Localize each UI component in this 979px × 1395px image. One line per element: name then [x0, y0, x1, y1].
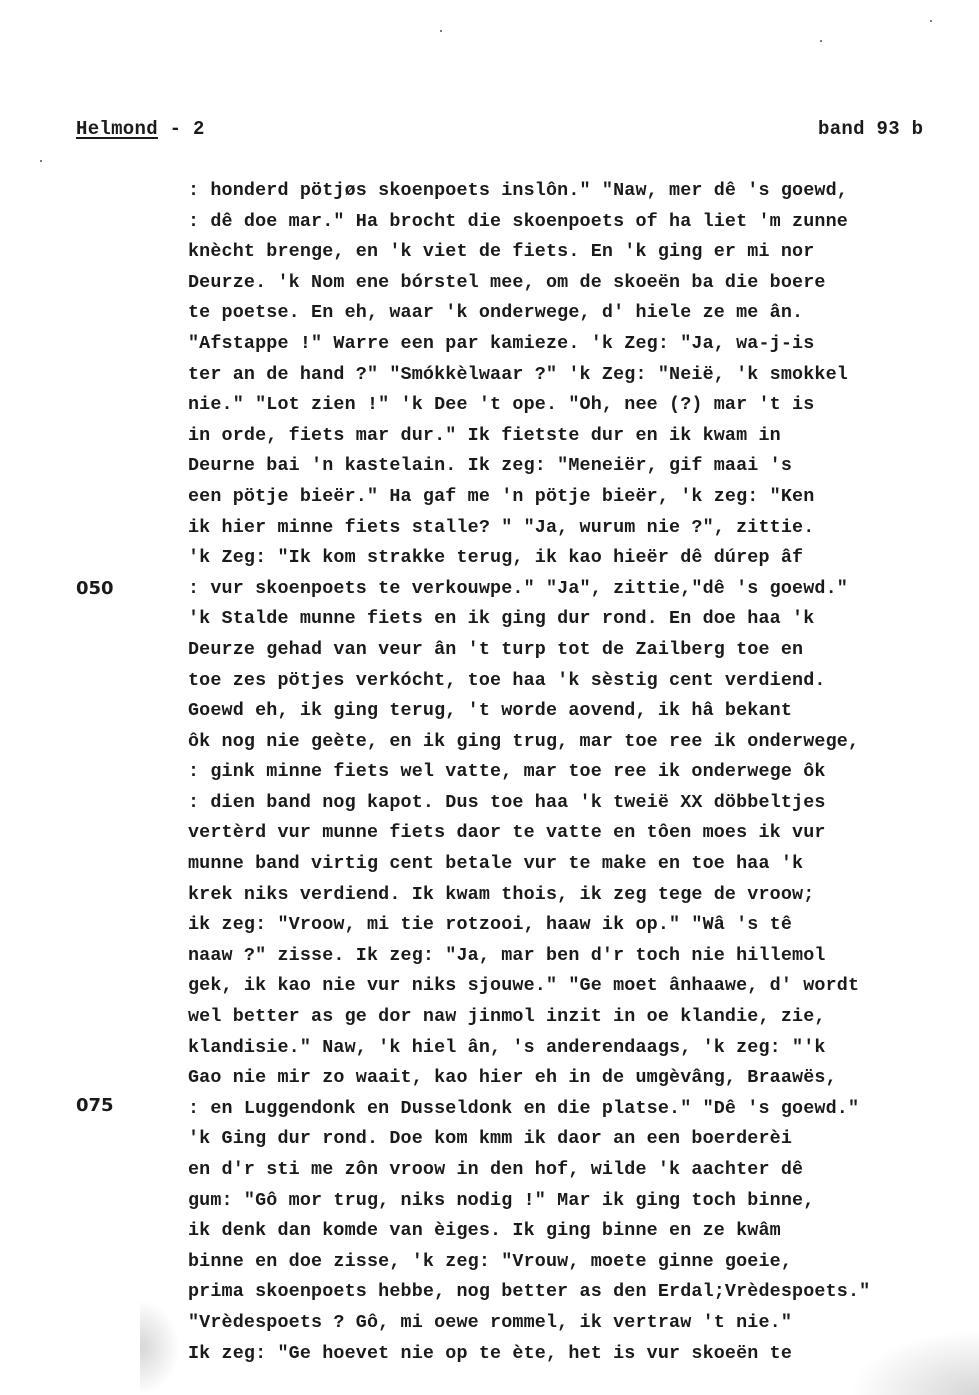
text-line: klandisie." Naw, 'k hiel ân, 's anderend… — [188, 1033, 948, 1064]
text-line: prima skoenpoets hebbe, nog better as de… — [188, 1277, 948, 1308]
scan-speck — [820, 40, 822, 42]
text-line: munne band virtig cent betale vur te mak… — [188, 849, 948, 880]
text-line: "Afstappe !" Warre een par kamieze. 'k Z… — [188, 329, 948, 360]
text-line: : en Luggendonk en Dusseldonk en die pla… — [188, 1094, 948, 1125]
text-line: knècht brenge, en 'k viet de fiets. En '… — [188, 237, 948, 268]
text-line: : honderd pötjøs skoenpoets inslôn." "Na… — [188, 176, 948, 207]
margin-number-075: 075 — [76, 1095, 114, 1116]
text-line: krek niks verdiend. Ik kwam thois, ik ze… — [188, 880, 948, 911]
tape-label: band 93 b — [818, 118, 923, 140]
text-line: ik denk dan komde van èiges. Ik ging bin… — [188, 1216, 948, 1247]
text-line: : dien band nog kapot. Dus toe haa 'k tw… — [188, 788, 948, 819]
text-line: gum: "Gô mor trug, niks nodig !" Mar ik … — [188, 1186, 948, 1217]
text-line: te poetse. En eh, waar 'k onderwege, d' … — [188, 298, 948, 329]
text-line: nie." "Lot zien !" 'k Dee 't ope. "Oh, n… — [188, 390, 948, 421]
text-line: 'k Ging dur rond. Doe kom kmm ik daor an… — [188, 1124, 948, 1155]
text-line: 'k Zeg: "Ik kom strakke terug, ik kao hi… — [188, 543, 948, 574]
text-line: in orde, fiets mar dur." Ik fietste dur … — [188, 421, 948, 452]
margin-number-050: 050 — [76, 578, 114, 599]
scan-speck — [440, 30, 442, 32]
scan-noise-right — [849, 1330, 979, 1395]
text-line: wel better as ge dor naw jinmol inzit in… — [188, 1002, 948, 1033]
text-line: en d'r sti me zôn vroow in den hof, wild… — [188, 1155, 948, 1186]
scan-noise-left — [140, 1300, 180, 1395]
page-header-left: Helmond - 2 — [76, 118, 205, 140]
text-line: gek, ik kao nie vur niks sjouwe." "Ge mo… — [188, 971, 948, 1002]
document-page: Helmond - 2 band 93 b 050 075 : honderd … — [0, 0, 979, 1395]
text-line: 'k Stalde munne fiets en ik ging dur ron… — [188, 604, 948, 635]
place-name: Helmond — [76, 118, 158, 140]
text-line: naaw ?" zisse. Ik zeg: "Ja, mar ben d'r … — [188, 941, 948, 972]
text-line: vertèrd vur munne fiets daor te vatte en… — [188, 818, 948, 849]
text-line: : vur skoenpoets te verkouwpe." "Ja", zi… — [188, 574, 948, 605]
text-line: Ik zeg: "Ge hoevet nie op te ète, het is… — [188, 1339, 948, 1370]
text-line: toe zes pötjes verkócht, toe haa 'k sèst… — [188, 666, 948, 697]
scan-speck — [930, 20, 932, 22]
text-line: Deurze gehad van veur ân 't turp tot de … — [188, 635, 948, 666]
text-line: "Vrèdespoets ? Gô, mi oewe rommel, ik ve… — [188, 1308, 948, 1339]
text-line: ôk nog nie geète, en ik ging trug, mar t… — [188, 727, 948, 758]
page-number: - 2 — [158, 118, 205, 140]
transcript-body: : honderd pötjøs skoenpoets inslôn." "Na… — [188, 176, 948, 1369]
text-line: binne en doe zisse, 'k zeg: "Vrouw, moet… — [188, 1247, 948, 1278]
text-line: Deurze. 'k Nom ene bórstel mee, om de sk… — [188, 268, 948, 299]
text-line: ter an de hand ?" "Smókkèlwaar ?" 'k Zeg… — [188, 360, 948, 391]
text-line: Gao nie mir zo waait, kao hier eh in de … — [188, 1063, 948, 1094]
scan-speck — [40, 160, 42, 162]
text-line: ik hier minne fiets stalle? " "Ja, wurum… — [188, 513, 948, 544]
text-line: een pötje bieër." Ha gaf me 'n pötje bie… — [188, 482, 948, 513]
text-line: : dê doe mar." Ha brocht die skoenpoets … — [188, 207, 948, 238]
text-line: Goewd eh, ik ging terug, 't worde aovend… — [188, 696, 948, 727]
text-line: : gink minne fiets wel vatte, mar toe re… — [188, 757, 948, 788]
text-line: Deurne bai 'n kastelain. Ik zeg: "Meneië… — [188, 451, 948, 482]
text-line: ik zeg: "Vroow, mi tie rotzooi, haaw ik … — [188, 910, 948, 941]
